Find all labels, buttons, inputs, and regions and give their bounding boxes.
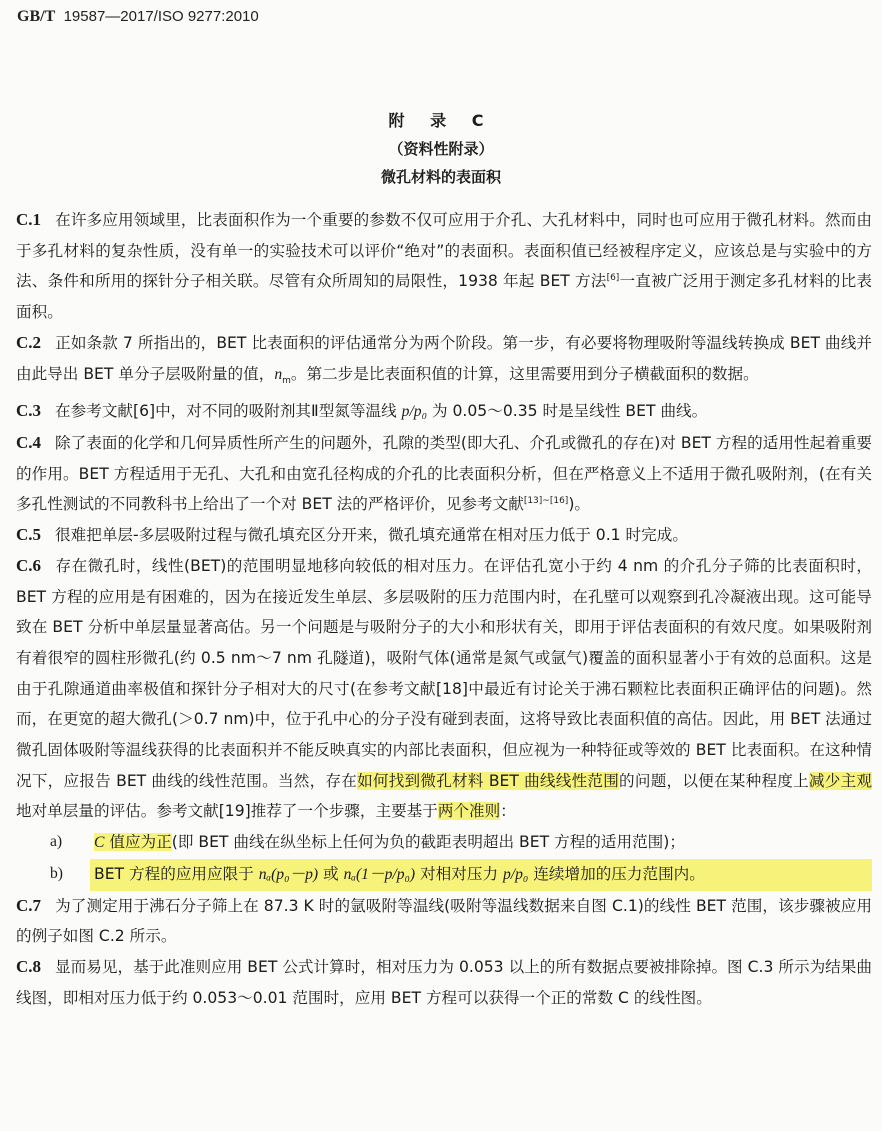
clause-text: 很难把单层-多层吸附过程与微孔填充区分开来，微孔填充通常在相对压力低于 0.1 …	[55, 526, 688, 544]
formula-relative-pressure: p/p₀	[402, 403, 427, 420]
annex-subject: 微孔材料的表面积	[0, 166, 882, 187]
clause-c5: C.5很难把单层-多层吸附过程与微孔填充区分开来，微孔填充通常在相对压力低于 0…	[16, 520, 872, 551]
formula-2: nₐ(1－p/p₀)	[344, 866, 415, 883]
clause-number: C.4	[16, 433, 41, 452]
formula-3: p/p₀	[503, 866, 528, 883]
list-marker: a)	[50, 827, 94, 859]
clause-text-mid: 的问题，以便在某种程度上	[619, 772, 809, 790]
clause-c7: C.7为了测定用于沸石分子筛上在 87.3 K 时的氩吸附等温线(吸附等温线数据…	[16, 891, 872, 952]
clause-c4: C.4除了表面的化学和几何异质性所产生的问题外，孔隙的类型(即大孔、介孔或微孔的…	[16, 428, 872, 520]
clause-c1: C.1在许多应用领域里，比表面积作为一个重要的参数不仅可应用于介孔、大孔材料中，…	[16, 205, 872, 328]
citation: [13]~[16]	[524, 496, 569, 506]
formula-1: nₐ(p₀－p)	[259, 866, 318, 883]
standard-prefix: GB/T	[17, 8, 55, 25]
clause-number: C.7	[16, 896, 41, 915]
clause-number: C.6	[16, 556, 41, 575]
clause-text-cont: 为 0.05～0.35 时是呈线性 BET 曲线。	[427, 402, 707, 420]
criterion-b: b) BET 方程的应用应限于 nₐ(p₀－p) 或 nₐ(1－p/p₀) 对相…	[50, 859, 872, 891]
variable-c: C	[94, 834, 104, 851]
clause-c2: C.2正如条款 7 所指出的，BET 比表面积的评估通常分为两个阶段。第一步，有…	[16, 328, 872, 397]
highlight-reduce-subjectivity: 减少主观	[809, 772, 872, 790]
clause-number: C.5	[16, 525, 41, 544]
criterion-text: BET 方程的应用应限于	[94, 865, 259, 883]
annex-title: 附 录 C	[0, 108, 882, 131]
annex-type: （资料性附录）	[0, 138, 882, 159]
list-marker: b)	[50, 859, 94, 891]
variable-subscript: m	[282, 376, 291, 386]
standard-header: GB/T 19587—2017/ISO 9277:2010	[17, 8, 259, 26]
clause-text-mid2: 地对单层量的评估。参考文献[19]推荐了一个步骤，主要基于	[16, 802, 438, 820]
criterion-highlight: 值应为正	[104, 833, 171, 851]
clause-text-cont: 。第二步是比表面积值的计算，这里需要用到分子横截面积的数据。	[291, 365, 759, 383]
highlight-two-criteria: 两个准则	[438, 802, 500, 820]
criterion-text-2: 对相对压力	[415, 865, 503, 883]
clause-text-cont: )。	[568, 495, 590, 513]
criterion-a: a) C 值应为正(即 BET 曲线在纵坐标上任何为负的截距表明超出 BET 方…	[50, 827, 872, 859]
clause-c8: C.8显而易见，基于此准则应用 BET 公式计算时，相对压力为 0.053 以上…	[16, 952, 872, 1013]
clause-text: 除了表面的化学和几何异质性所产生的问题外，孔隙的类型(即大孔、介孔或微孔的存在)…	[16, 434, 872, 513]
variable-n: n	[274, 366, 282, 383]
highlight-linear-range: 如何找到微孔材料 BET 曲线线性范围	[357, 772, 619, 790]
clause-text-end: ：	[500, 802, 516, 820]
clause-text: 存在微孔时，线性(BET)的范围明显地移向较低的相对压力。在评估孔宽小于约 4 …	[16, 557, 872, 790]
citation: [6]	[607, 273, 620, 283]
clause-number: C.3	[16, 401, 41, 420]
criterion-text: (即 BET 曲线在纵坐标上任何为负的截距表明超出 BET 方程的适用范围)；	[172, 833, 685, 851]
clause-text: 在参考文献[6]中，对不同的吸附剂其Ⅱ型氮等温线	[55, 402, 402, 420]
clause-number: C.2	[16, 333, 41, 352]
clause-number: C.1	[16, 210, 41, 229]
criterion-text-3: 连续增加的压力范围内。	[528, 865, 705, 883]
clause-c6: C.6存在微孔时，线性(BET)的范围明显地移向较低的相对压力。在评估孔宽小于约…	[16, 551, 872, 827]
clause-c3: C.3在参考文献[6]中，对不同的吸附剂其Ⅱ型氮等温线 p/p₀ 为 0.05～…	[16, 396, 872, 428]
criterion-text-or: 或	[318, 865, 344, 883]
clause-number: C.8	[16, 957, 41, 976]
clause-text: 为了测定用于沸石分子筛上在 87.3 K 时的氩吸附等温线(吸附等温线数据来自图…	[16, 897, 872, 946]
annex-body: C.1在许多应用领域里，比表面积作为一个重要的参数不仅可应用于介孔、大孔材料中，…	[16, 205, 872, 1013]
clause-text: 显而易见，基于此准则应用 BET 公式计算时，相对压力为 0.053 以上的所有…	[16, 958, 872, 1007]
standard-number: 19587—2017/ISO 9277:2010	[64, 8, 259, 25]
